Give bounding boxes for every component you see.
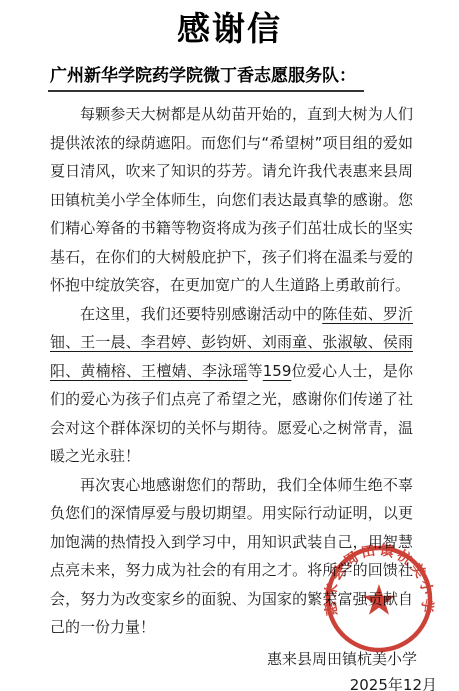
paragraph-2: 在这里，我们还要特别感谢活动中的陈佳茹、罗沂钿、王一晨、李君婷、彭钧妍、刘雨童、… (50, 300, 413, 471)
letter-title: 感谢信 (0, 0, 459, 50)
paragraph-2-connector: 等 (248, 362, 263, 380)
signature-date-year: 2025年 (350, 676, 403, 691)
paragraph-1: 每颗参天大树都是从幼苗开始的，直到大树为人们提供浓浓的绿荫遮阳。而您们与“希望树… (50, 100, 413, 300)
underlined-donor-count: 159 (263, 362, 292, 380)
salutation-text: 广州新华学院药学院微丁香志愿服务队： (48, 64, 364, 92)
paragraph-3: 再次衷心地感谢您们的帮助，我们全体师生绝不辜负您们的深情厚爱与殷切期望。用实际行… (50, 471, 413, 642)
paragraph-2-intro: 在这里，我们还要特别感谢活动中的 (80, 305, 322, 323)
salutation-line: 广州新华学院药学院微丁香志愿服务队： (0, 64, 459, 92)
signature-block: 惠来县周田镇杭美小学 2025年12月 (0, 646, 459, 691)
signature-school: 惠来县周田镇杭美小学 (0, 646, 459, 672)
letter-body: 每颗参天大树都是从幼苗开始的，直到大树为人们提供浓浓的绿荫遮阳。而您们与“希望树… (0, 100, 459, 642)
letter-page: 感谢信 广州新华学院药学院微丁香志愿服务队： 每颗参天大树都是从幼苗开始的，直到… (0, 0, 459, 691)
signature-date-month: 12月 (403, 676, 437, 691)
signature-date: 2025年12月 (0, 672, 459, 691)
